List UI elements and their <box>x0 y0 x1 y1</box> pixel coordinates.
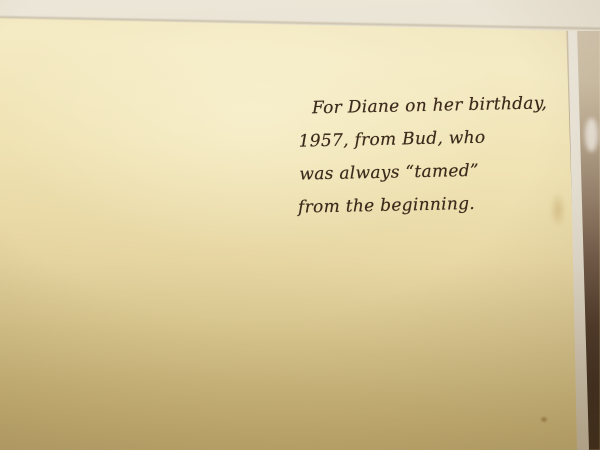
inscription-line-2: 1957, from Bud, who <box>298 120 548 158</box>
inscription-line-4: from the beginning. <box>298 186 550 224</box>
paper-speck <box>541 417 547 422</box>
inscription-line-1: For Diane on her birthday, <box>312 87 548 125</box>
photo-frame: For Diane on her birthday, 1957, from Bu… <box>0 0 600 450</box>
paper-stain <box>550 192 566 228</box>
book-page <box>0 0 600 450</box>
background-highlight <box>585 118 598 152</box>
inscription-line-3: was always “tamed” <box>299 153 549 191</box>
inscription-block: For Diane on her birthday, 1957, from Bu… <box>296 87 550 224</box>
